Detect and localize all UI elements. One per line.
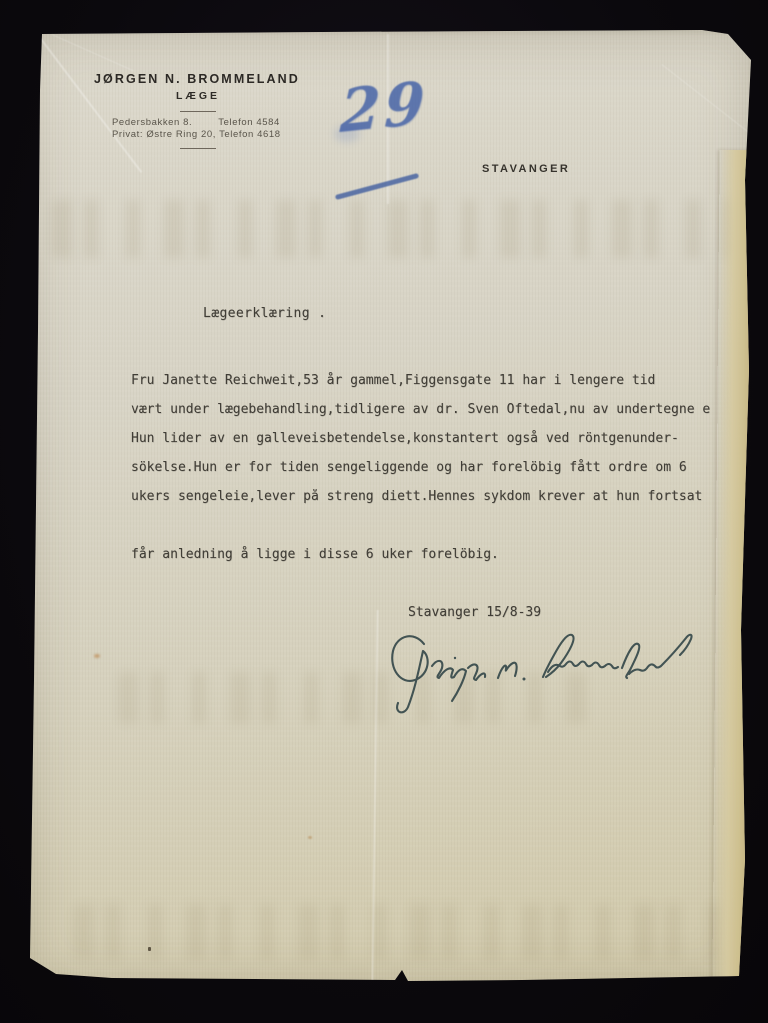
document-heading: Lægeerklæring . xyxy=(203,306,326,321)
paper-crease xyxy=(51,34,134,72)
letterhead-street: Pedersbakken 8. xyxy=(112,117,192,128)
blue-crayon-smudge xyxy=(334,126,360,142)
body-text-line: sökelse.Hun er for tiden sengeliggende o… xyxy=(131,460,687,475)
paper-crease xyxy=(371,610,378,986)
body-text-line: Hun lider av en galleveisbetendelse,kons… xyxy=(131,431,679,446)
right-fold-edge xyxy=(712,150,751,986)
letterhead-divider xyxy=(180,111,216,112)
signature-script xyxy=(380,622,716,718)
letterhead-doctor-name: JØRGEN N. BROMMELAND xyxy=(94,72,300,86)
archive-number-underline xyxy=(335,173,419,200)
date-line: Stavanger 15/8-39 xyxy=(408,605,541,620)
letterhead-telephone: Telefon 4584 xyxy=(218,117,280,128)
photograph-background: JØRGEN N. BROMMELAND LÆGE Pedersbakken 8… xyxy=(0,0,768,1023)
bleed-through-band xyxy=(52,200,736,258)
rust-stain xyxy=(94,654,100,658)
paper-crease xyxy=(661,64,756,139)
letterhead-divider xyxy=(180,148,216,149)
paper-crease xyxy=(387,34,389,204)
body-text-line: vært under lægebehandling,tidligere av d… xyxy=(131,402,710,417)
letterhead-address-line2: Privat: Østre Ring 20, Telefon 4618 xyxy=(112,129,281,140)
body-text-line: Fru Janette Reichweit,53 år gammel,Figge… xyxy=(131,373,655,388)
document-page: JØRGEN N. BROMMELAND LÆGE Pedersbakken 8… xyxy=(22,30,755,992)
bleed-through-band xyxy=(74,904,724,960)
letterhead-address-line1: Pedersbakken 8.Telefon 4584 xyxy=(112,117,280,128)
paper-texture xyxy=(22,30,755,992)
paper-crease xyxy=(39,36,143,173)
body-text-line: ukers sengeleie,lever på streng diett.He… xyxy=(131,489,747,504)
ink-speck xyxy=(148,947,151,951)
city-label: STAVANGER xyxy=(482,163,570,175)
rust-stain xyxy=(308,836,312,839)
letterhead-profession: LÆGE xyxy=(94,90,302,102)
body-text-line: får anledning å ligge i disse 6 uker for… xyxy=(131,547,499,562)
